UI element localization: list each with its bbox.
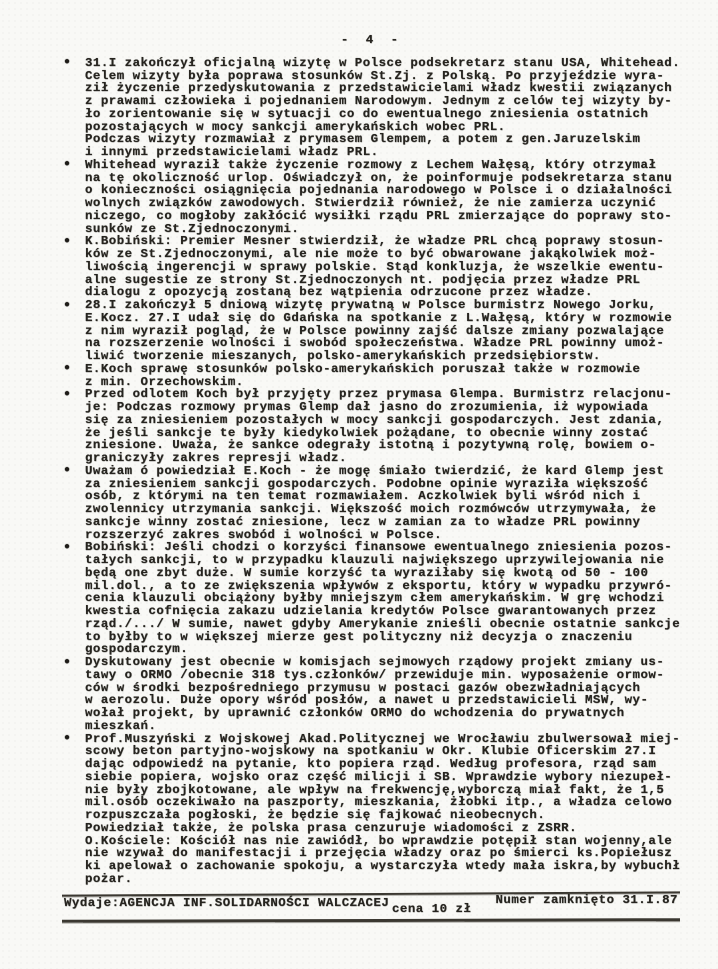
news-item-text: 31.I zakończył oficjalną wizytę w Polsce…: [85, 57, 694, 159]
footer-publisher: Wydaje:AGENCJA INF.SOLIDARNOŚCI WALCZACE…: [64, 897, 389, 910]
bullet-icon: ●: [64, 733, 71, 745]
news-item: ● Whitehead wyraził także życzenie rozmo…: [62, 159, 694, 236]
bulletin-body: ● 31.I zakończył oficjalną wizytę w Pols…: [62, 57, 694, 886]
bullet-icon: ●: [64, 57, 71, 69]
news-item: ● E.Koch sprawę stosunków polsko-ameryka…: [62, 363, 694, 389]
news-item-text: Przed odlotem Koch był przyjęty przez pr…: [85, 388, 694, 465]
footer-closing-number: Numer zamknięto 31.I.87: [495, 894, 678, 907]
news-item: ● K.Bobiński: Premier Mesner stwierdził,…: [62, 235, 694, 299]
news-item: ● Prof.Muszyński z Wojskowej Akad.Polity…: [62, 733, 694, 886]
news-item: ● Bobiński: Jeśli chodzi o korzyści fina…: [62, 541, 694, 656]
news-item: ● Przed odlotem Koch był przyjęty przez …: [62, 388, 694, 465]
news-item-text: K.Bobiński: Premier Mesner stwierdził, ż…: [85, 235, 694, 299]
footer-price: cena 10 zł: [392, 903, 471, 916]
bullet-icon: ●: [64, 542, 71, 554]
news-item-text: Prof.Muszyński z Wojskowej Akad.Politycz…: [85, 733, 694, 886]
news-item-text: Uważam ó powiedział E.Koch - że mogę śmi…: [85, 465, 694, 542]
news-item-text: E.Koch sprawę stosunków polsko-amerykańs…: [85, 363, 694, 389]
news-item-text: Whitehead wyraził także życzenie rozmowy…: [85, 159, 694, 236]
bullet-icon: ●: [64, 657, 71, 669]
news-item: ● Dyskutowany jest obecnie w komisjach s…: [62, 656, 694, 733]
news-item: ● 31.I zakończył oficjalną wizytę w Pols…: [62, 57, 694, 159]
news-item: ● 28.I zakończył 5 dniową wizytę prywatn…: [62, 299, 694, 363]
bullet-icon: ●: [64, 465, 71, 477]
bullet-icon: ●: [64, 300, 71, 312]
bullet-icon: ●: [64, 389, 71, 401]
news-item-text: Dyskutowany jest obecnie w komisjach sej…: [85, 656, 694, 733]
document-page: - 4 - ● 31.I zakończył oficjalną wizytę …: [0, 0, 718, 969]
news-item: ● Uważam ó powiedział E.Koch - że mogę ś…: [62, 465, 694, 542]
bullet-icon: ●: [64, 159, 71, 171]
page-number: - 4 -: [62, 34, 682, 47]
news-item-text: Bobiński: Jeśli chodzi o korzyści finans…: [85, 541, 694, 656]
footer-bottom-divider: [62, 918, 680, 923]
footer: Wydaje:AGENCJA INF.SOLIDARNOŚCI WALCZACE…: [62, 889, 680, 923]
news-item-text: 28.I zakończył 5 dniową wizytę prywatną …: [85, 299, 694, 363]
bullet-icon: ●: [64, 236, 71, 248]
bullet-icon: ●: [64, 363, 71, 375]
